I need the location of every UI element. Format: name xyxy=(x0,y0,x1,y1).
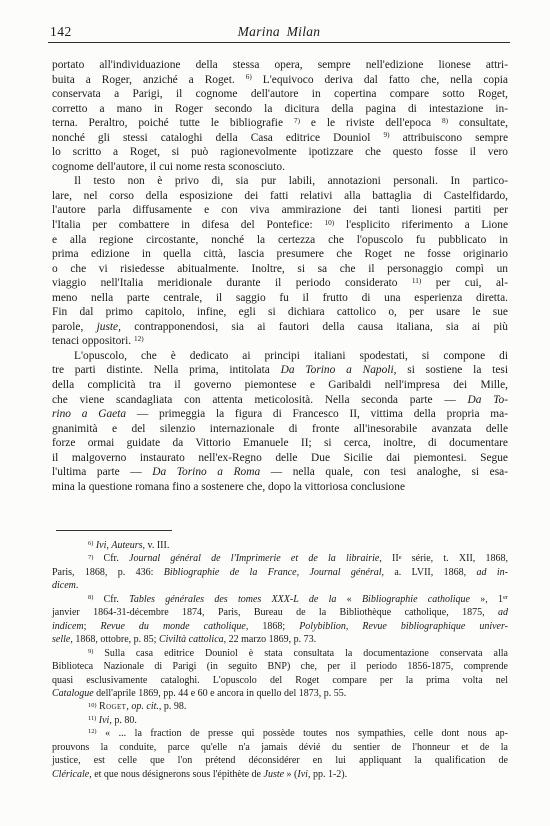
styled-run: dicem xyxy=(52,580,76,591)
text-line: tre parti distinte. Nella prima, intitol… xyxy=(52,363,508,378)
text-line: lo scritto a Roget, si può ragionevolmen… xyxy=(52,145,508,160)
styled-run: Revue du monde catholique xyxy=(100,621,245,632)
footnote-line: Catalogue dell'aprile 1869, pp. 44 e 60 … xyxy=(52,687,508,700)
text-line: meno nella parte centrale, il saggio fu … xyxy=(52,291,508,306)
footnote-marker: 11) xyxy=(412,277,421,285)
footnote-line: 8) Cfr. Tables générales des tomes XXX-L… xyxy=(52,593,508,606)
styled-run: Ivi xyxy=(96,540,107,551)
footnote-line: selle, 1868, ottobre, p. 85; Civiltà cat… xyxy=(52,633,508,646)
styled-run: Bibliographie catholique xyxy=(362,594,470,605)
footnote-line: justice, est celle que l'on prétend déco… xyxy=(52,754,508,767)
styled-run: Civiltà cattolica xyxy=(159,634,224,645)
styled-run: Da Torino a Roma xyxy=(152,466,260,478)
styled-run: Cléricale xyxy=(52,769,89,780)
styled-run: Ivi xyxy=(297,769,308,780)
footnote-marker: 7) xyxy=(88,554,93,561)
styled-run: indicem xyxy=(52,621,84,632)
styled-run: ad xyxy=(498,607,508,618)
footnote-line: 10) Roget, op. cit., p. 98. xyxy=(52,700,508,713)
footnote-marker: 9) xyxy=(88,648,93,655)
text-line: mina la questione romana fino a sostener… xyxy=(52,480,508,495)
text-line: l'Italia per combattere in difesa del Po… xyxy=(52,218,508,233)
text-line: l'autore parla diffusamente e con viva a… xyxy=(52,203,508,218)
styled-run: op. cit. xyxy=(131,701,159,712)
footnote-marker: 12) xyxy=(134,335,144,343)
text-line: tenaci oppositori. 12) xyxy=(52,334,508,349)
text-line: parole, juste, contrapponendosi, sia ai … xyxy=(52,320,508,335)
styled-run: Tables générales des tomes XXX-L de la xyxy=(129,594,336,605)
scanned-book-page: 142 Marina Milan portato all'individuazi… xyxy=(0,0,550,826)
footnote-marker: 6) xyxy=(88,540,93,547)
text-line: corretto a mano in Roger secondo la dici… xyxy=(52,102,508,117)
footnote-line: 12) « ... la fraction de presse qui poss… xyxy=(52,727,508,740)
text-line: terna. Peraltro, poiché tutte le bibliog… xyxy=(52,116,508,131)
styled-run: Catalogue xyxy=(52,688,94,699)
text-line: rino a Gaeta — primeggia la figura di Fr… xyxy=(52,407,508,422)
footnote-line: Paris, 1868, p. 436: Bibliographie de la… xyxy=(52,566,508,579)
text-line: l'ultima parte — Da Torino a Roma — nell… xyxy=(52,465,508,480)
running-head: Marina Milan xyxy=(48,24,510,40)
text-line: Fin dal primo capitolo, infine, egli si … xyxy=(52,305,508,320)
page-header: 142 Marina Milan xyxy=(48,23,510,43)
styled-run: Da To- xyxy=(468,394,509,406)
text-line: forze ormai guidate da Vittorio Emanuele… xyxy=(52,436,508,451)
footnote-marker: 10) xyxy=(88,702,97,709)
text-line: nonché gli stessi cataloghi della Casa e… xyxy=(52,131,508,146)
styled-run: juste xyxy=(97,321,119,333)
text-line: della complicità tra il governo piemonte… xyxy=(52,378,508,393)
styled-run: Journal général de l'Imprimerie et de la… xyxy=(129,553,379,564)
footnote-line: dicem. xyxy=(52,579,508,592)
footnote-separator-rule xyxy=(56,530,172,531)
footnote-marker: 9) xyxy=(383,131,389,139)
text-line: gnanimità e del silenzio internazionale … xyxy=(52,422,508,437)
footnote-marker: 8) xyxy=(88,594,93,601)
styled-run: rino a Gaeta xyxy=(52,408,126,420)
text-line: lare, nel corso della esposizione dei fa… xyxy=(52,189,508,204)
styled-run: Polybiblion, Revue bibliographique unive… xyxy=(299,621,508,632)
text-line: e alla regione circostante, nonché la ce… xyxy=(52,233,508,248)
styled-run: ad in- xyxy=(477,567,509,578)
text-line: che viene scandagliata con attenta metic… xyxy=(52,393,508,408)
styled-run: Juste xyxy=(264,769,285,780)
footnote-marker: 6) xyxy=(246,73,252,81)
footnote-line: Biblioteca Nazionale di Parigi (in segui… xyxy=(52,660,508,673)
text-line: portato all'individuazione della stessa … xyxy=(52,58,508,73)
text-line: cognome dell'autore, il cui nome resta s… xyxy=(52,160,508,175)
text-line: buita a Roger, anziché a Roget. 6) L'equ… xyxy=(52,73,508,88)
text-line: Il testo non è privo di, sia pur labili,… xyxy=(52,174,508,189)
footnote-line: indicem; Revue du monde catholique, 1868… xyxy=(52,620,508,633)
text-line: viaggio nell'Italia meridionale durante … xyxy=(52,276,508,291)
styled-run: Auteurs xyxy=(111,540,142,551)
styled-run: Roget xyxy=(99,701,126,712)
text-line: il malgoverno instaurato nell'ex-Regno d… xyxy=(52,451,508,466)
footnote-marker: 11) xyxy=(88,715,96,722)
footnote-marker: e xyxy=(399,554,402,561)
footnote-line: 11) Ivi, p. 80. xyxy=(52,714,508,727)
text-line: L'opuscolo, che è dedicato ai principi i… xyxy=(52,349,508,364)
text-line: conservata a Parigi, il cognome dell'aut… xyxy=(52,87,508,102)
styled-run: Ivi xyxy=(99,715,110,726)
footnote-line: prouvons la conduite, parce qu'elle n'a … xyxy=(52,741,508,754)
text-line: o che vi risiedesse abitualmente. Inoltr… xyxy=(52,262,508,277)
text-line: prima edizione in quella città, lascia p… xyxy=(52,247,508,262)
footnote-marker: 8) xyxy=(442,117,448,125)
footnote-line: 7) Cfr. Journal général de l'Imprimerie … xyxy=(52,552,508,565)
footnote-marker: 10) xyxy=(324,219,334,227)
footnote-line: 9) Sulla casa editrice Douniol è stata c… xyxy=(52,647,508,660)
styled-run: Da Torino a Napoli xyxy=(281,364,394,376)
styled-run: Bibliographie de la France, Journal géné… xyxy=(164,567,382,578)
footnote-marker: 7) xyxy=(294,117,300,125)
footnote-marker: er xyxy=(503,594,508,601)
styled-run: selle xyxy=(52,634,70,645)
footnote-line: Cléricale, et que nous désignerons sous … xyxy=(52,768,508,781)
footnote-line: quasi esclusivamente cataloghi. L'opusco… xyxy=(52,674,508,687)
footnote-line: janvier 1864-31-décembre 1874, Paris, Bu… xyxy=(52,606,508,619)
footnote-marker: 12) xyxy=(88,728,97,735)
body-text: portato all'individuazione della stessa … xyxy=(52,58,508,494)
footnotes-block: 6) Ivi, Auteurs, v. III.7) Cfr. Journal … xyxy=(52,539,508,781)
footnote-line: 6) Ivi, Auteurs, v. III. xyxy=(52,539,508,552)
